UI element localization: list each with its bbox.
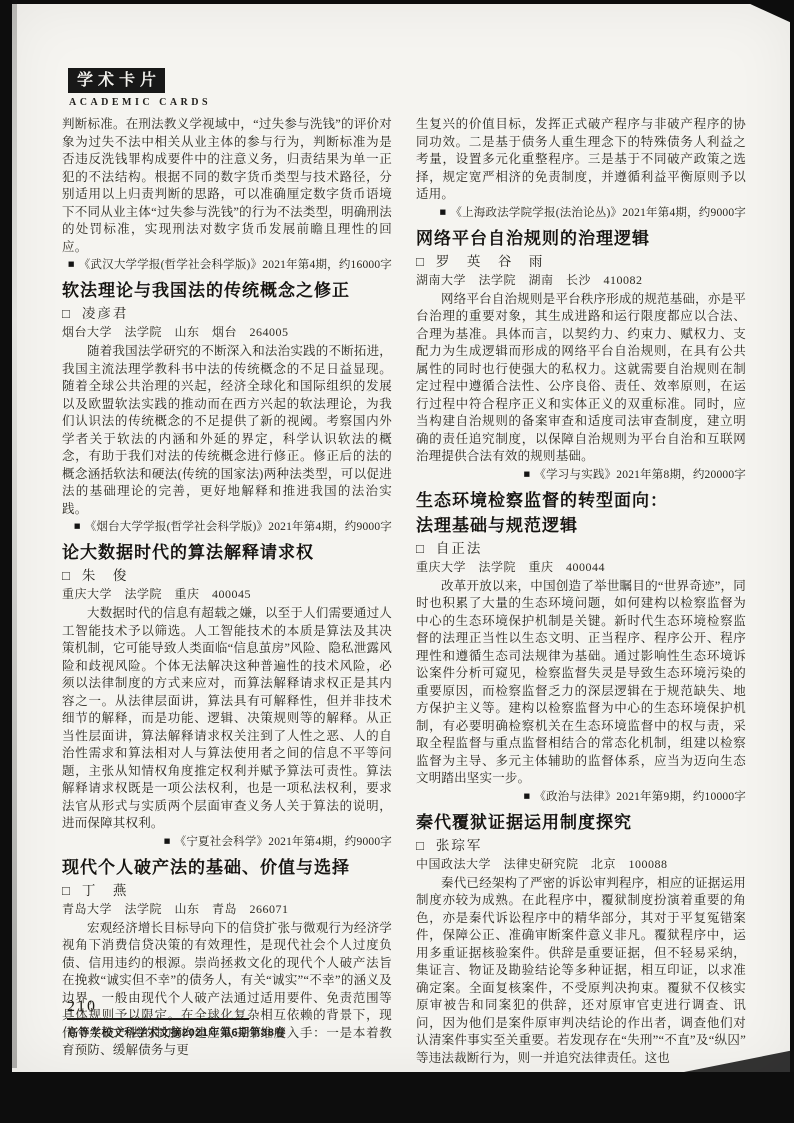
source-line: ■《武汉大学学报(哲学社会科学版)》2021年第4期，约16000字	[62, 257, 392, 273]
source-text: 《上海政法学院学报(法治论丛)》2021年第4期，约9000字	[450, 207, 746, 219]
scan-edge-noise	[12, 0, 17, 1068]
author-name: 丁 燕	[82, 882, 129, 900]
author-marker-icon: □	[62, 567, 70, 585]
source-line: ■《政治与法律》2021年第9期，约10000字	[416, 789, 746, 805]
author-line: □ 凌彦君	[62, 305, 392, 323]
abstract: 大数据时代的信息有超载之嫌，以至于人们需要通过人工智能技术予以筛选。人工智能技术…	[62, 605, 392, 833]
author-marker-icon: □	[416, 540, 424, 558]
source-text: 《宁夏社会科学》2021年第4期，约9000字	[175, 836, 392, 848]
source-line: ■《上海政法学院学报(法治论丛)》2021年第4期，约9000字	[416, 205, 746, 221]
carryover-paragraph: 判断标准。在刑法教义学视域中，“过失参与洗钱”的评价对象为过失不法中相关从业主体…	[62, 116, 392, 256]
author-line: □ 罗 英 谷 雨	[416, 253, 746, 271]
author-name: 凌彦君	[82, 305, 129, 323]
article: 软法理论与我国法的传统概念之修正 □ 凌彦君 烟台大学 法学院 山东 烟台 26…	[62, 280, 392, 535]
paper-sheet: 学术卡片 ACADEMIC CARDS 判断标准。在刑法教义学视域中，“过失参与…	[12, 4, 790, 1072]
affiliation: 重庆大学 法学院 重庆 400045	[62, 586, 392, 603]
author-line: □ 张琮军	[416, 837, 746, 855]
affiliation: 青岛大学 法学院 山东 青岛 266071	[62, 901, 392, 918]
author-marker-icon: □	[416, 837, 424, 855]
source-text: 《学习与实践》2021年第8期，约20000字	[534, 469, 746, 481]
article-title: 秦代覆狱证据运用制度探究	[416, 812, 746, 833]
author-name: 罗 英 谷 雨	[436, 253, 545, 271]
source-marker-icon: ■	[164, 833, 171, 849]
source-marker-icon: ■	[440, 204, 447, 220]
source-line: ■《学习与实践》2021年第8期，约20000字	[416, 467, 746, 483]
source-marker-icon: ■	[524, 466, 531, 482]
author-line: □ 朱 俊	[62, 567, 392, 585]
journal-volume-line: 高等学校文科学术文摘2021年第6期第38卷	[67, 1024, 286, 1040]
page-footer: 210 高等学校文科学术文摘2021年第6期第38卷	[67, 998, 286, 1040]
source-marker-icon: ■	[68, 257, 75, 273]
article: 网络平台自治规则的治理逻辑 □ 罗 英 谷 雨 湖南大学 法学院 湖南 长沙 4…	[416, 228, 746, 483]
source-marker-icon: ■	[74, 519, 81, 535]
logo-text-cn: 学术卡片	[77, 72, 161, 89]
source-text: 《烟台大学学报(哲学社会科学版)》2021年第4期，约9000字	[85, 521, 392, 533]
article-title: 软法理论与我国法的传统概念之修正	[62, 280, 392, 301]
author-name: 张琮军	[436, 837, 483, 855]
journal-section-logo: 学术卡片	[68, 68, 165, 93]
article: 论大数据时代的算法解释请求权 □ 朱 俊 重庆大学 法学院 重庆 400045 …	[62, 542, 392, 850]
affiliation: 中国政法大学 法律史研究院 北京 100088	[416, 856, 746, 873]
affiliation: 湖南大学 法学院 湖南 长沙 410082	[416, 272, 746, 289]
affiliation: 重庆大学 法学院 重庆 400044	[416, 559, 746, 576]
article-title-line1: 生态环境检察监督的转型面向：	[416, 490, 746, 511]
carryover-paragraph: 生复兴的价值目标，发挥正式破产程序与非破产程序的协同功效。二是基于债务人重生理念…	[416, 116, 746, 204]
author-line: □ 丁 燕	[62, 882, 392, 900]
article-title-line2: 法理基础与规范逻辑	[416, 515, 746, 536]
source-marker-icon: ■	[524, 788, 531, 804]
abstract: 网络平台自治规则是平台秩序形成的规范基础，亦是平台治理的重要对象，其生成进路和运…	[416, 291, 746, 466]
abstract: 随着我国法学研究的不断深入和法治实践的不断拓进，我国主流法理学教科书中法的传统概…	[62, 343, 392, 518]
article: 秦代覆狱证据运用制度探究 □ 张琮军 中国政法大学 法律史研究院 北京 1000…	[416, 812, 746, 1068]
abstract: 秦代已经架构了严密的诉讼审判程序，相应的证据运用制度亦较为成熟。在此程序中，覆狱…	[416, 875, 746, 1068]
abstract: 改革开放以来，中国创造了举世瞩目的“世界奇迹”，同时也积累了大量的生态环境问题，…	[416, 578, 746, 788]
scanned-journal-page: 学术卡片 ACADEMIC CARDS 判断标准。在刑法教义学视域中，“过失参与…	[0, 0, 794, 1123]
right-column: 生复兴的价值目标，发挥正式破产程序与非破产程序的协同功效。二是基于债务人重生理念…	[416, 116, 746, 1067]
affiliation: 烟台大学 法学院 山东 烟台 264005	[62, 324, 392, 341]
article-title: 论大数据时代的算法解释请求权	[62, 542, 392, 563]
author-line: □ 自正法	[416, 540, 746, 558]
article-title: 现代个人破产法的基础、价值与选择	[62, 857, 392, 878]
article-title: 网络平台自治规则的治理逻辑	[416, 228, 746, 249]
source-line: ■《宁夏社会科学》2021年第4期，约9000字	[62, 834, 392, 850]
author-marker-icon: □	[62, 882, 70, 900]
article: 生态环境检察监督的转型面向： 法理基础与规范逻辑 □ 自正法 重庆大学 法学院 …	[416, 490, 746, 805]
page-number: 210	[67, 998, 249, 1020]
author-name: 朱 俊	[82, 567, 129, 585]
author-marker-icon: □	[62, 305, 70, 323]
source-line: ■《烟台大学学报(哲学社会科学版)》2021年第4期，约9000字	[62, 519, 392, 535]
source-text: 《政治与法律》2021年第9期，约10000字	[534, 791, 746, 803]
author-name: 自正法	[436, 540, 483, 558]
logo-text-en: ACADEMIC CARDS	[69, 97, 211, 108]
source-text: 《武汉大学学报(哲学社会科学版)》2021年第4期，约16000字	[79, 259, 392, 271]
left-column: 判断标准。在刑法教义学视域中，“过失参与洗钱”的评价对象为过失不法中相关从业主体…	[62, 116, 392, 1060]
author-marker-icon: □	[416, 253, 424, 271]
